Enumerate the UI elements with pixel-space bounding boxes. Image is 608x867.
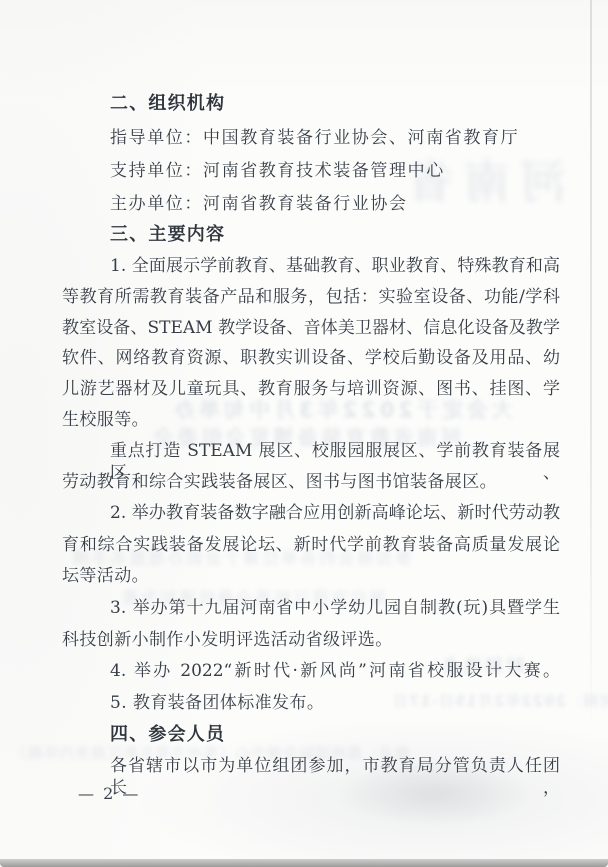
main-text-line: 4. 举办 2022“新时代·新风尚”河南省校服设计大赛。 <box>62 660 560 682</box>
main-text-line: 1. 全面展示学前教育、基础教育、职业教育、特殊教育和高 <box>62 255 560 277</box>
main-text-line: 科技创新小制作小发明评选活动省级评选。 <box>62 629 560 651</box>
participants-section-heading: 四、参会人员 <box>62 724 560 746</box>
main-text-line: 育和综合实践装备发展论坛、新时代学前教育装备高质量发展论 <box>62 534 560 556</box>
org-section-heading: 二、组织机构 <box>62 93 560 115</box>
main-text-line: 等教育所需教育装备产品和服务，包括：实验室设备、功能/学科 <box>62 286 560 308</box>
main-text-line: 教室设备、STEAM 教学设备、音体美卫器材、信息化设备及教学 <box>62 317 560 339</box>
main-text-line: 3. 举办第十九届河南省中小学幼儿园自制教(玩)具暨学生 <box>62 597 560 619</box>
scanned-document-page: 河南省 大会定于2022年3月中旬举办 河南省教育装备博览会组委会 参加展会的各… <box>0 0 608 867</box>
main-text-line: 生校服等。 <box>62 409 560 431</box>
host-unit-line: 主办单位：河南省教育装备行业协会 <box>62 193 560 215</box>
main-text-line: 劳动教育和综合实践装备展区、图书与图书馆装备展区。 <box>62 471 560 493</box>
main-text-line: 坛等活动。 <box>62 565 560 587</box>
scan-right-edge <box>590 0 592 735</box>
scan-bottom-edge <box>0 859 608 867</box>
main-text-line: 5. 教育装备团体标准发布。 <box>62 692 560 714</box>
main-text-line: 2. 举办教育装备数字融合应用创新高峰论坛、新时代劳动教 <box>62 502 560 524</box>
page-number: — 2 — <box>78 784 140 803</box>
main-text-line: 软件、网络教育资源、职教实训设备、学校后勤设备及用品、幼 <box>62 347 560 369</box>
main-section-heading: 三、主要内容 <box>62 224 560 246</box>
guide-unit-line: 指导单位：中国教育装备行业协会、河南省教育厅 <box>62 127 560 149</box>
main-text-line: 儿游艺器材及儿童玩具、教育服务与培训资源、图书、挂图、学 <box>62 378 560 400</box>
support-unit-line: 支持单位：河南省教育技术装备管理中心 <box>62 160 560 182</box>
